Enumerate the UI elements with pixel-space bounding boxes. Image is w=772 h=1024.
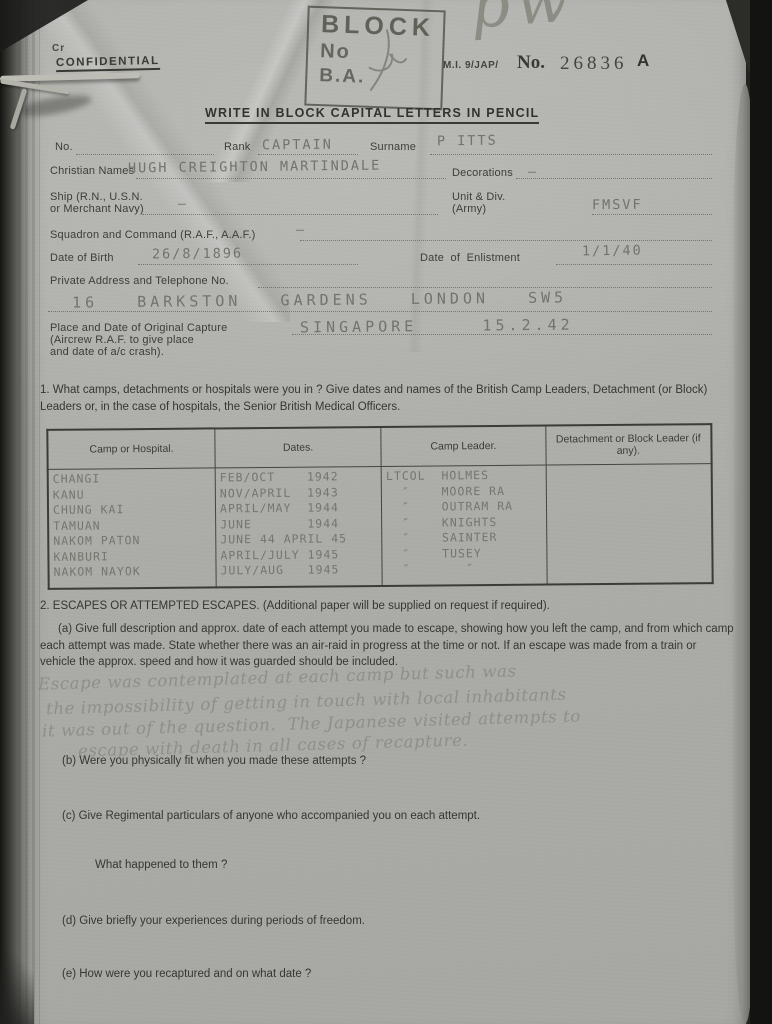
field-ship-label-2: or Merchant Navy) xyxy=(50,203,144,215)
rank-value: CAPTAIN xyxy=(262,137,333,154)
block-number-stamp: BLOCK No B.A. xyxy=(304,6,445,111)
dob-value: 26/8/1896 xyxy=(152,246,243,263)
form-number-value: 26836 xyxy=(560,53,628,75)
block-leader-column-entries xyxy=(546,464,713,585)
leader-entry: LTCOL HOLMES xyxy=(386,468,546,485)
page-stack-edges xyxy=(18,0,40,1024)
squadron-value: — xyxy=(296,222,306,238)
field-capture-label-3: and date of a/c crash). xyxy=(50,346,164,358)
leader-entry: ″ KNIGHTS xyxy=(386,514,546,531)
col-dates: Dates. xyxy=(215,427,382,468)
question-2b-text: (b) Were you physically fit when you mad… xyxy=(62,753,366,770)
dates-entry: APRIL/JULY 1945 xyxy=(220,546,381,563)
field-rule xyxy=(136,177,446,179)
camps-table-header-row: Camp or Hospital. Dates. Camp Leader. De… xyxy=(47,424,711,469)
field-enlist-label: Date of Enlistment xyxy=(420,252,520,264)
camp-entry: NAKOM NAYOK xyxy=(53,563,215,580)
capture-value: SINGAPORE 15.2.42 xyxy=(300,316,574,337)
dates-entry: FEB/OCT 1942 xyxy=(220,469,381,486)
field-surname-label: Surname xyxy=(370,141,416,153)
decorations-value: — xyxy=(528,164,538,180)
scanned-document-photo: pw Cr CONFIDENTIAL BLOCK No B.A. M.I. 9/… xyxy=(0,0,772,1024)
field-rule xyxy=(556,263,712,265)
leader-entry: ″ ″ xyxy=(387,561,547,578)
question-2c2-text: What happened to them ? xyxy=(95,857,227,874)
leader-entry: ″ TUSEY xyxy=(387,545,547,562)
pencil-note-pw: pw xyxy=(468,0,578,43)
field-address-label: Private Address and Telephone No. xyxy=(50,275,229,287)
form-number-label: No. xyxy=(517,52,545,74)
field-rule xyxy=(430,153,712,155)
pencil-scribble xyxy=(351,27,413,99)
col-camp-or-hospital: Camp or Hospital. xyxy=(47,428,215,469)
camps-table: Camp or Hospital. Dates. Camp Leader. De… xyxy=(46,423,713,590)
mi9-reference: M.I. 9/JAP/ xyxy=(443,60,499,71)
section-2a-text: (a) Give full description and approx. da… xyxy=(40,621,734,671)
field-dob-label: Date of Birth xyxy=(50,252,114,264)
photo-corner-dark xyxy=(0,934,34,1024)
camp-entry: KANU xyxy=(53,486,215,503)
leader-column-entries: LTCOL HOLMES ″ MOORE RA ″ OUTRAM RA ″ KN… xyxy=(381,465,546,586)
field-unit-label-1: Unit & Div. xyxy=(452,191,505,203)
question-2e-text: (e) How were you recaptured and on what … xyxy=(62,966,311,983)
field-decorations-label: Decorations xyxy=(452,167,513,179)
field-unit-label-2: (Army) xyxy=(452,203,486,215)
camp-entry: TAMUAN xyxy=(53,517,215,534)
confidential-stamp: CONFIDENTIAL xyxy=(56,55,160,72)
camp-column-entries: CHANGI KANU CHUNG KAI TAMUAN NAKOM PATON… xyxy=(48,468,217,589)
field-squadron-label: Squadron and Command (R.A.F., A.A.F.) xyxy=(50,229,256,241)
field-no-label: No. xyxy=(55,141,73,153)
series-letter: A xyxy=(637,51,649,71)
leader-entry: ″ OUTRAM RA xyxy=(386,499,546,516)
field-rank-label: Rank xyxy=(224,141,250,153)
col-detachment-leader: Detachment or Block Leader (if any). xyxy=(545,424,711,465)
field-rule xyxy=(258,153,358,155)
camp-entry: NAKOM PATON xyxy=(53,532,215,549)
dates-entry: JULY/AUG 1945 xyxy=(221,562,382,579)
field-rule xyxy=(76,153,214,155)
field-rule xyxy=(258,286,712,288)
partial-stamp-mark: Cr xyxy=(52,43,65,54)
leader-entry: ″ MOORE RA xyxy=(386,483,546,500)
christian-names-value: HUGH CREIGHTON MARTINDALE xyxy=(128,158,381,177)
field-rule xyxy=(138,263,358,265)
dates-entry: APRIL/MAY 1944 xyxy=(220,500,381,517)
enlist-value: 1/1/40 xyxy=(582,243,643,260)
col-camp-leader: Camp Leader. xyxy=(381,426,546,467)
dates-entry: JUNE 44 APRIL 45 xyxy=(220,531,381,548)
unit-value: FMSVF xyxy=(592,197,643,214)
camp-entry: CHUNG KAI xyxy=(53,501,215,518)
surname-value: P ITTS xyxy=(437,133,498,150)
question-2c-text: (c) Give Regimental particulars of anyon… xyxy=(62,808,480,825)
field-capture-label-2: (Aircrew R.A.F. to give place xyxy=(50,334,194,346)
field-ship-label-1: Ship (R.N., U.S.N. xyxy=(50,191,143,203)
dates-entry: NOV/APRIL 1943 xyxy=(220,484,381,501)
question-1-text: 1. What camps, detachments or hospitals … xyxy=(40,382,732,415)
camps-table-body: CHANGI KANU CHUNG KAI TAMUAN NAKOM PATON… xyxy=(48,464,713,589)
question-2d-text: (d) Give briefly your experiences during… xyxy=(62,913,365,930)
dates-entry: JUNE 1944 xyxy=(220,515,381,532)
field-rule xyxy=(592,213,712,215)
photo-right-edge xyxy=(750,0,772,1024)
form-title: WRITE IN BLOCK CAPITAL LETTERS IN PENCIL xyxy=(205,106,539,124)
field-capture-label-1: Place and Date of Original Capture xyxy=(50,322,227,334)
camp-entry: CHANGI xyxy=(53,470,215,487)
camp-entry: KANBURI xyxy=(53,548,215,565)
field-rule xyxy=(142,213,438,215)
field-christian-label: Christian Names xyxy=(50,165,134,177)
field-rule xyxy=(300,239,712,241)
field-rule xyxy=(516,177,712,179)
section-2-heading: 2. ESCAPES OR ATTEMPTED ESCAPES. (Additi… xyxy=(40,598,732,615)
ship-value: — xyxy=(178,196,188,212)
dates-column-entries: FEB/OCT 1942 NOV/APRIL 1943 APRIL/MAY 19… xyxy=(215,466,382,587)
leader-entry: ″ SAINTER xyxy=(386,530,546,547)
